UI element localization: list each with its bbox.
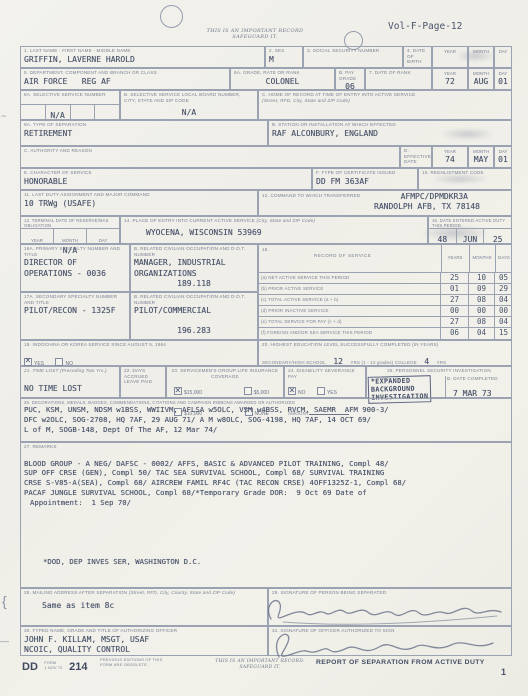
field-remarks-label: 27. REMARKS bbox=[24, 444, 508, 450]
remarks-line5: Appointment: 1 Sep 70/ bbox=[24, 499, 508, 508]
field-place-entry-sublabel: (City, State and ZIP Code) bbox=[257, 218, 316, 223]
member-signature-icon bbox=[257, 591, 517, 627]
field-primary-civ-line3: 189.118 bbox=[134, 279, 254, 289]
field-ssn: 3. SOCIAL SECURITY NUMBER bbox=[303, 46, 403, 68]
remarks-line3: CRSE S-V85-A(SEA), Compl 68/ AIRCREW FAM… bbox=[24, 479, 508, 488]
field-type-of-separation: 9a. TYPE OF SEPARATION RETIREMENT bbox=[20, 120, 268, 146]
field-eff-month: MONTH MAY bbox=[468, 146, 494, 168]
education-college-label: YRS (1 - 12 grades) COLLEGE bbox=[350, 360, 416, 365]
obsolete-line2: FORM ARE OBSOLETE. bbox=[100, 663, 163, 668]
field-effective-date: d. EFFECTIVE DATE bbox=[400, 146, 432, 168]
form-date-label: 1 NOV 72 bbox=[44, 666, 62, 671]
education-college-years-value: 4 bbox=[421, 357, 432, 367]
field-date-of-rank: 7. DATE OF RANK bbox=[365, 68, 432, 90]
day-col-label: DAY bbox=[498, 48, 508, 54]
month-col-label: MONTH bbox=[472, 70, 490, 76]
important-record-header: THIS IS AN IMPORTANT RECORD SAFEGUARD IT… bbox=[190, 28, 320, 41]
field-certificate-label: f. TYPE OF CERTIFICATE ISSUED bbox=[316, 170, 414, 176]
field-character-of-service: e. CHARACTER OF SERVICE HONORABLE bbox=[20, 168, 312, 190]
record-row: (f) FOREIGN AND/OR SEA SERVICE THIS PERI… bbox=[258, 327, 512, 341]
education-secondary-label: SECONDARY/HIGH SCHOOL bbox=[262, 360, 326, 365]
field-place-of-entry: 14. PLACE OF ENTRY INTO CURRENT ACTIVE S… bbox=[120, 216, 428, 244]
footer-important-record: THIS IS AN IMPORTANT RECORD. SAFEGUARD I… bbox=[205, 659, 315, 670]
sgli-15000-checkbox bbox=[174, 387, 182, 395]
field-selective-service-number: 8a. SELECTIVE SERVICE NUMBER N/A bbox=[20, 90, 120, 120]
sgli-5000-label: $5,000 bbox=[254, 390, 269, 396]
volume-page-ref: Vol-F-Page-12 bbox=[388, 21, 462, 32]
field-name: 1. LAST NAME - FIRST NAME - MIDDLE NAME … bbox=[20, 46, 265, 68]
remarks-dod-line: *DOD, DEP INVES SER, WASHINGTON D.C. bbox=[43, 558, 201, 567]
field-authorizing-officer: 30. TYPED NAME, GRADE AND TITLE OF AUTHO… bbox=[20, 626, 268, 656]
field-accrued-leave-label: 22. DAYS ACCRUED LEAVE PAID bbox=[124, 368, 162, 385]
year-col-label: YEAR bbox=[436, 148, 464, 154]
sgli-5000-checkbox bbox=[244, 387, 252, 395]
field-station-value: RAF ALCONBURY, ENGLAND bbox=[272, 129, 508, 139]
remarks-line1: BLOOD GROUP - A NEG/ DAFSC - 0002/ AFFS,… bbox=[24, 460, 508, 469]
field-time-lost: 21. TIME LOST (Preceding Two Yrs.) NO TI… bbox=[20, 366, 120, 398]
hole-punch-icon bbox=[160, 5, 183, 28]
field-secondary-specialty-line1: PILOT/RECON - 1325F bbox=[24, 306, 126, 316]
field-secondary-civ-occupation: b. RELATED CIVILIAN OCCUPATION AND D.O.T… bbox=[130, 292, 258, 340]
field-education-label: 20. HIGHEST EDUCATION LEVEL SUCCESSFULLY… bbox=[262, 342, 508, 348]
education-yrs-label: YRS bbox=[437, 360, 447, 365]
field-terminal-date-label: 13. TERMINAL DATE OF RESERVE/MAS OBLIGAT… bbox=[24, 218, 116, 228]
field-local-board: b. SELECTIVE SERVICE LOCAL BOARD NUMBER,… bbox=[120, 90, 258, 120]
remarks-line2: SUP OFF CRSE (GEN), Compl 50/ TAC SEA SU… bbox=[24, 469, 508, 478]
field-secondary-specialty-label: 17a. SECONDARY SPECIALTY NUMBER AND TITL… bbox=[24, 294, 126, 305]
decorations-line3: L of M, SOGB-148, Dept Of The AF, 12 Mar… bbox=[24, 426, 508, 435]
form-identifier: DD FORM 1 NOV 72 214 bbox=[22, 657, 87, 675]
officer-signature-icon bbox=[261, 627, 511, 661]
field-officer-signature: 31. SIGNATURE OF OFFICER AUTHORIZED TO S… bbox=[268, 626, 512, 656]
field-reenlistment-label: 10. REENLISTMENT CODE bbox=[422, 170, 508, 176]
field-certificate-value: DD FM 363AF bbox=[316, 177, 414, 187]
field-decorations: 26. DECORATIONS, MEDALS, BADGES, COMMEND… bbox=[20, 398, 512, 442]
day-col-label: DAY bbox=[498, 148, 508, 154]
field-eff-year: YEAR 74 bbox=[432, 146, 468, 168]
footer-important-line2: SAFEGUARD IT. bbox=[205, 665, 315, 671]
field-home-of-record-sublabel: (Street, RFD, City, State and ZIP Code) bbox=[262, 98, 350, 103]
month-col-label: MONTH bbox=[472, 148, 490, 154]
field-sgli-coverage: 23. SERVICEMEN'S GROUP LIFE INSURANCE CO… bbox=[166, 366, 284, 398]
field-primary-specialty-label: 16a. PRIMARY SPECIALTY NUMBER AND TITLE bbox=[24, 246, 126, 257]
field-rank-month: MONTH AUG bbox=[468, 68, 494, 90]
day-col-label: DAY bbox=[99, 237, 108, 243]
year-col-label: YEAR bbox=[436, 70, 464, 76]
field-mailing-address: 28. MAILING ADDRESS AFTER SEPARATION (St… bbox=[20, 588, 268, 626]
field-home-of-record: c. HOME OF RECORD AT TIME OF ENTRY INTO … bbox=[258, 90, 512, 120]
record-col-months: MONTHS bbox=[469, 254, 495, 260]
margin-mark: ~ bbox=[1, 111, 6, 121]
field-command-value-line2: RANDOLPH AFB, TX 78148 bbox=[262, 202, 508, 212]
authorizing-officer-line2: NCOIC, QUALITY CONTROL bbox=[24, 645, 264, 655]
year-col-label: YEAR bbox=[436, 48, 464, 54]
form-number-label: 214 bbox=[69, 661, 87, 673]
field-mailing-sublabel: (Street, RFD, City, County, State and ZI… bbox=[129, 590, 235, 595]
important-record-line2: SAFEGUARD IT. bbox=[190, 34, 320, 40]
record-number-label: 18. bbox=[262, 247, 269, 253]
sgli-15000-label: $15,000 bbox=[184, 390, 202, 396]
field-place-entry-value: WYOCENA, WISCONSIN 53969 bbox=[124, 228, 424, 238]
field-station: b. STATION OR INSTALLATION AT WHICH EFFE… bbox=[268, 120, 512, 146]
field-secondary-civ-line2: 196.283 bbox=[134, 326, 254, 336]
field-effective-date-label: d. EFFECTIVE DATE bbox=[404, 148, 428, 165]
field-certificate-issued: f. TYPE OF CERTIFICATE ISSUED DD FM 363A… bbox=[312, 168, 418, 190]
field-accrued-leave: 22. DAYS ACCRUED LEAVE PAID bbox=[120, 366, 166, 398]
education-secondary-years-value: 12 bbox=[330, 357, 346, 367]
field-character-label: e. CHARACTER OF SERVICE bbox=[24, 170, 308, 176]
field-primary-specialty-line2: OPERATIONS - 0036 bbox=[24, 269, 126, 279]
record-col-days: DAYS bbox=[495, 254, 513, 260]
yes-checkbox bbox=[24, 358, 32, 366]
field-last-duty-assignment: 11. LAST DUTY ASSIGNMENT AND MAJOR COMMA… bbox=[20, 190, 258, 216]
authorizing-officer-line1: JOHN F. KILLAM, MSGT, USAF bbox=[24, 635, 264, 645]
field-rank-year: YEAR 72 bbox=[432, 68, 468, 90]
remarks-line4: PACAF JUNGLE SURVIVAL SCHOOL, Compl 68/*… bbox=[24, 489, 508, 498]
dd214-scanned-form: THIS IS AN IMPORTANT RECORD SAFEGUARD IT… bbox=[0, 0, 528, 696]
field-eff-day-value: 01 bbox=[498, 155, 508, 165]
footer-important-line1: THIS IS AN IMPORTANT RECORD. bbox=[205, 659, 315, 665]
field-local-board-value: N/A bbox=[124, 108, 254, 118]
field-primary-civ-line2: ORGANIZATIONS bbox=[134, 269, 254, 279]
field-authority-reason-label: c. AUTHORITY AND REASON bbox=[24, 148, 396, 154]
field-grade-value: COLONEL bbox=[234, 77, 331, 87]
margin-mark: — bbox=[0, 636, 9, 646]
field-secondary-civ-line1: PILOT/COMMERCIAL bbox=[134, 306, 254, 316]
disability-yes-label: YES bbox=[327, 390, 337, 396]
field-grade-label: 6a. GRADE, RATE OR RANK bbox=[234, 70, 331, 76]
field-station-label: b. STATION OR INSTALLATION AT WHICH EFFE… bbox=[272, 122, 508, 128]
field-disability-severance: 24. DISABILITY SEVERANCE PAY NO YES AMOU… bbox=[284, 366, 366, 398]
field-eff-day: DAY 01 bbox=[494, 146, 512, 168]
disability-yes-checkbox bbox=[317, 387, 325, 395]
record-title: RECORD OF SERVICE bbox=[314, 253, 371, 259]
field-department-label: 5. DEPARTMENT, COMPONENT AND BRANCH OR C… bbox=[24, 70, 226, 76]
month-col-label: MONTH bbox=[472, 48, 490, 54]
field-primary-civ-line1: MANAGER, INDUSTRIAL bbox=[134, 258, 254, 268]
field-name-label: 1. LAST NAME - FIRST NAME - MIDDLE NAME bbox=[24, 48, 261, 54]
field-character-value: HONORABLE bbox=[24, 177, 308, 187]
field-entered-day-value: 25 bbox=[493, 235, 503, 244]
field-eff-month-value: MAY bbox=[472, 155, 490, 165]
field-member-signature: 29. SIGNATURE OF PERSON BEING SEPARATED bbox=[268, 588, 512, 626]
field-mailing-label: 28. MAILING ADDRESS AFTER SEPARATION bbox=[24, 590, 127, 595]
field-dob-day: DAY bbox=[494, 46, 512, 68]
field-date-entered-label: 15. DATE ENTERED ACTIVE DUTY THIS PERIOD bbox=[432, 218, 508, 228]
field-entered-year-value: 48 bbox=[438, 235, 448, 244]
field-time-lost-label: 21. TIME LOST (Preceding Two Yrs.) bbox=[24, 368, 107, 373]
field-eff-year-value: 74 bbox=[436, 155, 464, 165]
field-sex: 2. SEX M bbox=[265, 46, 303, 68]
day-col-label: DAY bbox=[498, 70, 508, 76]
field-sex-value: M bbox=[269, 55, 299, 65]
field-department: 5. DEPARTMENT, COMPONENT AND BRANCH OR C… bbox=[20, 68, 230, 90]
field-time-lost-value: NO TIME LOST bbox=[24, 384, 116, 394]
field-dob: 4. DATE OF BIRTH bbox=[403, 46, 432, 68]
field-secondary-civ-label: b. RELATED CIVILIAN OCCUPATION AND D.O.T… bbox=[134, 294, 254, 305]
field-primary-civ-label: b. RELATED CIVILIAN OCCUPATION AND D.O.T… bbox=[134, 246, 254, 257]
year-col-label: YEAR bbox=[31, 237, 43, 243]
field-indochina-korea-service: 19. INDOCHINA OR KOREA SERVICE SINCE AUG… bbox=[20, 340, 258, 366]
decorations-line2: DFC w2OLC, SOG-2708, HQ 7AF, 29 AUG 71/ … bbox=[24, 416, 508, 425]
disability-no-label: NO bbox=[298, 390, 306, 396]
field-disability-label: 24. DISABILITY SEVERANCE PAY bbox=[288, 368, 362, 379]
field-ssn-sel-label: 8a. SELECTIVE SERVICE NUMBER bbox=[24, 92, 116, 98]
field-department-value: AIR FORCE REG AF bbox=[24, 77, 226, 87]
form-title: REPORT OF SEPARATION FROM ACTIVE DUTY bbox=[316, 659, 485, 666]
field-rank-month-value: AUG bbox=[472, 77, 490, 87]
field-primary-specialty: 16a. PRIMARY SPECIALTY NUMBER AND TITLE … bbox=[20, 244, 130, 292]
decorations-line1: PUC, KSM, UNSM, NDSM w1BSS, WWIIVM, AFLS… bbox=[24, 406, 508, 415]
field-date-entered-ad: 15. DATE ENTERED ACTIVE DUTY THIS PERIOD… bbox=[428, 216, 512, 244]
field-type-of-separation-value: RETIREMENT bbox=[24, 129, 264, 139]
field-sex-label: 2. SEX bbox=[269, 48, 299, 54]
field-pay-grade-label: b. PAY GRADE bbox=[339, 70, 361, 81]
disability-no-checkbox bbox=[288, 387, 296, 395]
field-education-level: 20. HIGHEST EDUCATION LEVEL SUCCESSFULLY… bbox=[258, 340, 512, 366]
field-reenlistment-code: 10. REENLISTMENT CODE bbox=[418, 168, 512, 190]
field-command-transferred: 12. COMMAND TO WHICH TRANSFERRED AFMPC/D… bbox=[258, 190, 512, 216]
field-remarks: 27. REMARKS BLOOD GROUP - A NEG/ DAFSC -… bbox=[20, 442, 512, 588]
field-dob-year: YEAR bbox=[432, 46, 468, 68]
field-entered-month-value: JUN bbox=[463, 235, 477, 244]
field-primary-civ-occupation: b. RELATED CIVILIAN OCCUPATION AND D.O.T… bbox=[130, 244, 258, 292]
field-rank-day-value: 01 bbox=[498, 77, 508, 87]
field-grade: 6a. GRADE, RATE OR RANK COLONEL bbox=[230, 68, 335, 90]
security-date-label: b. DATE COMPLETED bbox=[447, 376, 498, 382]
page-number: 1 bbox=[501, 667, 506, 677]
form-dd-label: DD bbox=[22, 661, 38, 673]
field-sgli-label: 23. SERVICEMEN'S GROUP LIFE INSURANCE CO… bbox=[170, 368, 280, 379]
field-rank-year-value: 72 bbox=[436, 77, 464, 87]
field-name-value: GRIFFIN, LAVERNE HAROLD bbox=[24, 55, 261, 65]
field-local-board-label: b. SELECTIVE SERVICE LOCAL BOARD NUMBER,… bbox=[124, 92, 254, 103]
field-selective-service-value: N/A bbox=[50, 111, 64, 120]
month-col-label: MONTH bbox=[62, 237, 78, 243]
margin-mark: { bbox=[2, 593, 7, 609]
field-mailing-value: Same as item 8c bbox=[24, 601, 264, 611]
field-authority-reason: c. AUTHORITY AND REASON bbox=[20, 146, 400, 168]
field-date-of-rank-label: 7. DATE OF RANK bbox=[369, 70, 428, 76]
field-secondary-specialty: 17a. SECONDARY SPECIALTY NUMBER AND TITL… bbox=[20, 292, 130, 340]
field-place-entry-label: 14. PLACE OF ENTRY INTO CURRENT ACTIVE S… bbox=[124, 218, 255, 223]
field-indochina-label: 19. INDOCHINA OR KOREA SERVICE SINCE AUG… bbox=[24, 342, 254, 348]
field-pay-grade: b. PAY GRADE 06 bbox=[335, 68, 365, 90]
field-rank-day: DAY 01 bbox=[494, 68, 512, 90]
field-ssn-label: 3. SOCIAL SECURITY NUMBER bbox=[307, 48, 399, 54]
field-dob-label: 4. DATE OF BIRTH bbox=[407, 48, 428, 65]
form-obsolete-note: PREVIOUS EDITIONS OF THIS FORM ARE OBSOL… bbox=[100, 658, 163, 668]
no-checkbox bbox=[55, 358, 63, 366]
field-last-duty-label: 11. LAST DUTY ASSIGNMENT AND MAJOR COMMA… bbox=[24, 192, 254, 198]
field-type-of-separation-label: 9a. TYPE OF SEPARATION bbox=[24, 122, 264, 128]
field-dob-month: MONTH bbox=[468, 46, 494, 68]
field-last-duty-value: 10 TRWg (USAFE) bbox=[24, 199, 254, 209]
field-command-label: 12. COMMAND TO WHICH TRANSFERRED bbox=[262, 193, 360, 199]
field-primary-specialty-line1: DIRECTOR OF bbox=[24, 258, 126, 268]
field-terminal-date-reserve: 13. TERMINAL DATE OF RESERVE/MAS OBLIGAT… bbox=[20, 216, 120, 244]
field-security-label: 25. PERSONNEL SECURITY INVESTIGATION bbox=[370, 368, 508, 374]
field-authorizing-officer-label: 30. TYPED NAME, GRADE AND TITLE OF AUTHO… bbox=[24, 628, 264, 634]
record-col-years: YEARS bbox=[441, 254, 469, 260]
